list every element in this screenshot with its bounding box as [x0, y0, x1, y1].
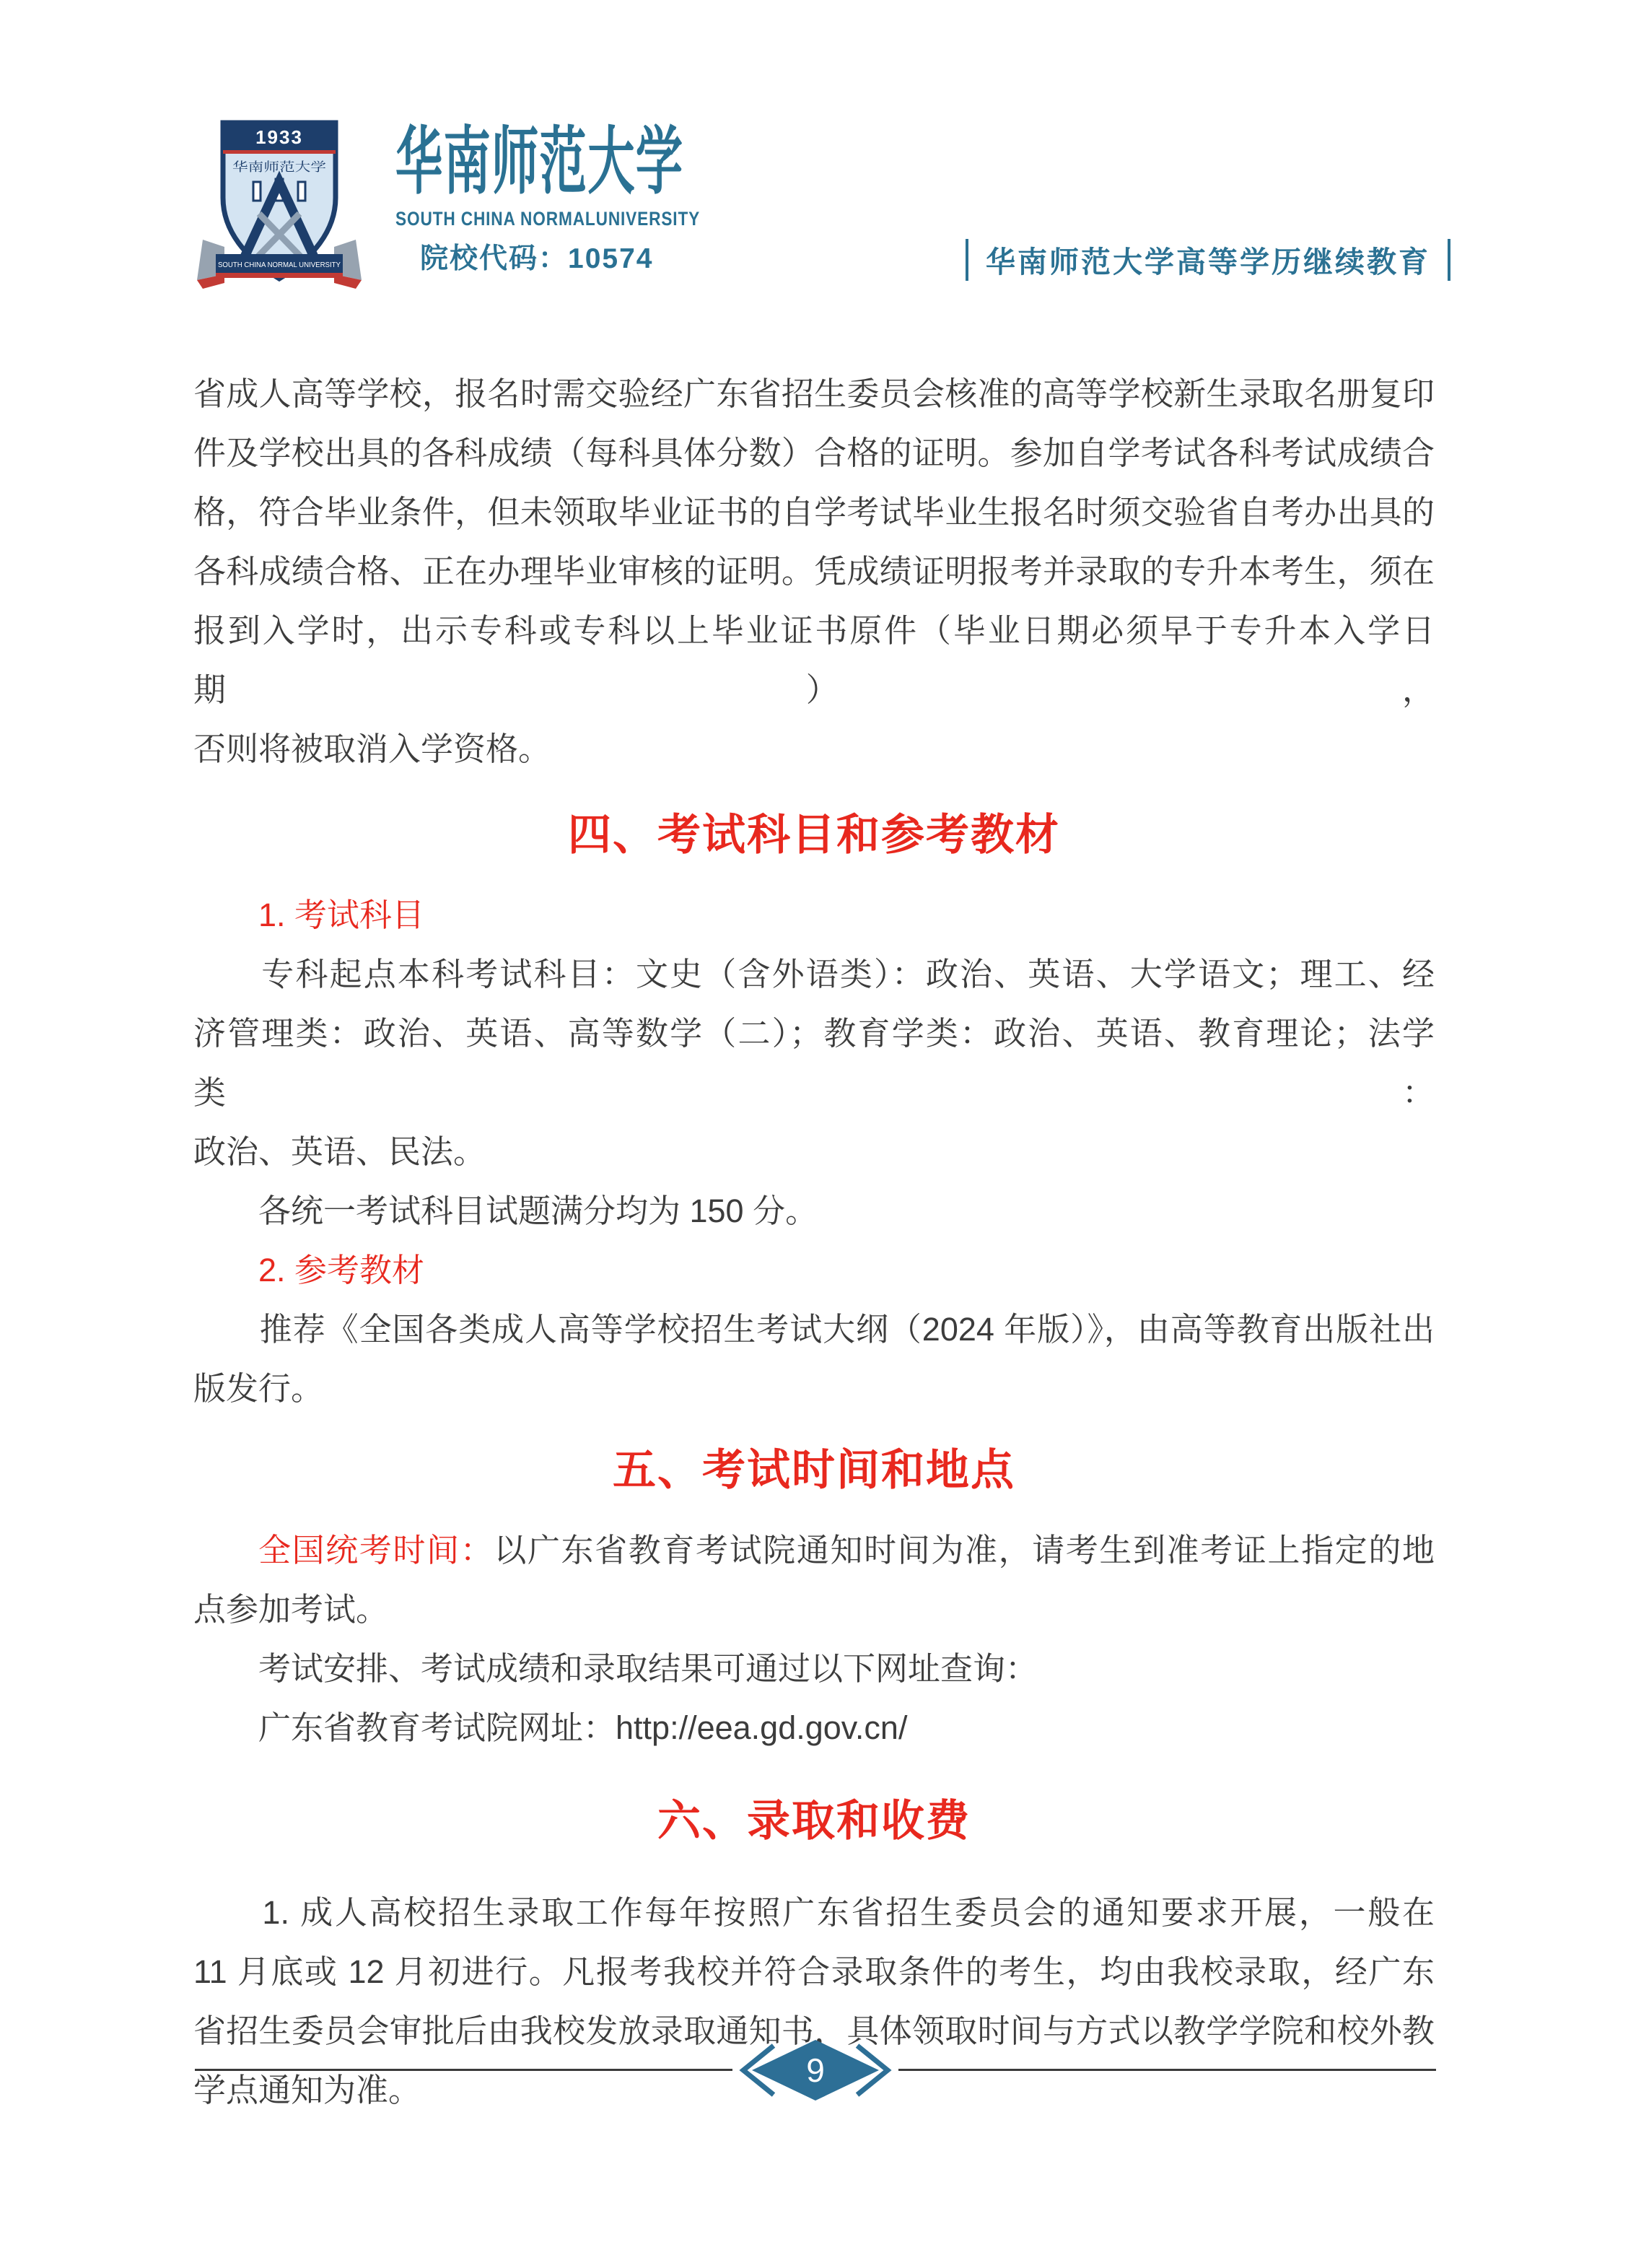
document-page: 1933 华南师范大学 SOUTH CHINA NORMAL UNIVERSIT… — [0, 0, 1628, 2268]
university-name-en: SOUTH CHINA NORMALUNIVERSITY — [395, 208, 774, 230]
text-line: 版发行。 — [193, 1359, 1435, 1418]
text-line: 1. 成人高校招生录取工作每年按照广东省招生委员会的通知要求开展，一般在 — [193, 1883, 1435, 1942]
text-line: 格，符合毕业条件，但未领取毕业证书的自学考试毕业生报名时须交验省自考办出具的 — [193, 483, 1435, 542]
exam-time-label: 全国统考时间： — [258, 1532, 494, 1569]
query-line: 考试安排、考试成绩和录取结果可通过以下网址查询： — [193, 1639, 1435, 1698]
text-line: 11 月底或 12 月初进行。凡报考我校并符合录取条件的考生，均由我校录取，经广… — [193, 1942, 1435, 2002]
emblem-red-line — [223, 150, 336, 154]
tagline-text: 华南师范大学高等学历继续教育 — [986, 238, 1430, 281]
eea-website-link[interactable]: http://eea.gd.gov.cn/ — [616, 1709, 907, 1746]
exam-time-line2: 点参加考试。 — [193, 1580, 1435, 1639]
paragraph-reference-materials: 推荐《全国各类成人高等学校招生考试大纲（2024 年版）》，由高等教育出版社出版… — [193, 1300, 1435, 1418]
exam-time-line: 全国统考时间：以广东省教育考试院通知时间为准，请考生到准考证上指定的地 — [193, 1521, 1435, 1580]
exam-time-text: 以广东省教育考试院通知时间为准，请考生到准考证上指定的地 — [494, 1532, 1435, 1569]
text-line: 报到入学时，出示专科或专科以上毕业证书原件（毕业日期必须早于专升本入学日期）， — [193, 601, 1435, 720]
header-tagline: 华南师范大学高等学历继续教育 — [966, 238, 1450, 281]
section-heading-4: 四、考试科目和参考教材 — [193, 805, 1435, 865]
text-line: 推荐《全国各类成人高等学校招生考试大纲（2024 年版）》，由高等教育出版社出 — [193, 1300, 1435, 1359]
tagline-left-bar — [966, 239, 968, 281]
footer-rule-left — [195, 2069, 732, 2071]
section-heading-5: 五、考试时间和地点 — [193, 1440, 1435, 1501]
url-line: 广东省教育考试院网址：http://eea.gd.gov.cn/ — [193, 1698, 1435, 1758]
university-name-cn: 华南师范大学 — [395, 121, 683, 202]
tagline-right-bar — [1448, 239, 1450, 281]
page-number-ornament: 9 — [722, 2027, 909, 2114]
text-line: 专科起点本科考试科目：文史（含外语类）：政治、英语、大学语文；理工、经 — [193, 945, 1435, 1004]
emblem-ribbon-text: SOUTH CHINA NORMAL UNIVERSITY — [218, 261, 341, 269]
university-identity: 华南师范大学 SOUTH CHINA NORMALUNIVERSITY 院校代码… — [395, 121, 846, 276]
subsection-label-reference-materials: 2. 参考教材 — [193, 1241, 1435, 1300]
footer-rule-right — [898, 2069, 1436, 2071]
paragraph-exam-subjects: 专科起点本科考试科目：文史（含外语类）：政治、英语、大学语文；理工、经济管理类：… — [193, 945, 1435, 1182]
emblem-ribbon-red — [216, 273, 343, 278]
score-line: 各统一考试科目试题满分均为 150 分。 — [193, 1182, 1435, 1241]
text-line: 各科成绩合格、正在办理毕业审核的证明。凭成绩证明报考并录取的专升本考生，须在 — [193, 542, 1435, 601]
subsection-label-exam-subjects: 1. 考试科目 — [193, 886, 1435, 945]
page-number: 9 — [806, 2051, 825, 2089]
text-line: 济管理类：政治、英语、高等数学（二）；教育学类：政治、英语、教育理论；法学类： — [193, 1004, 1435, 1122]
text-line: 政治、英语、民法。 — [193, 1122, 1435, 1182]
university-emblem: 1933 华南师范大学 SOUTH CHINA NORMAL UNIVERSIT… — [180, 113, 378, 295]
section-heading-6: 六、录取和收费 — [193, 1791, 1435, 1852]
text-line: 件及学校出具的各科成绩（每科具体分数）合格的证明。参加自学考试各科考试成绩合 — [193, 424, 1435, 483]
emblem-year: 1933 — [255, 126, 303, 148]
paragraph-continuation: 省成人高等学校，报名时需交验经广东省招生委员会核准的高等学校新生录取名册复印件及… — [193, 365, 1435, 779]
text-line: 省成人高等学校，报名时需交验经广东省招生委员会核准的高等学校新生录取名册复印 — [193, 365, 1435, 424]
text-line: 否则将被取消入学资格。 — [193, 720, 1435, 779]
school-code: 院校代码：10574 — [395, 236, 846, 276]
url-label: 广东省教育考试院网址： — [193, 1709, 616, 1746]
document-body: 省成人高等学校，报名时需交验经广东省招生委员会核准的高等学校新生录取名册复印件及… — [193, 365, 1435, 2120]
